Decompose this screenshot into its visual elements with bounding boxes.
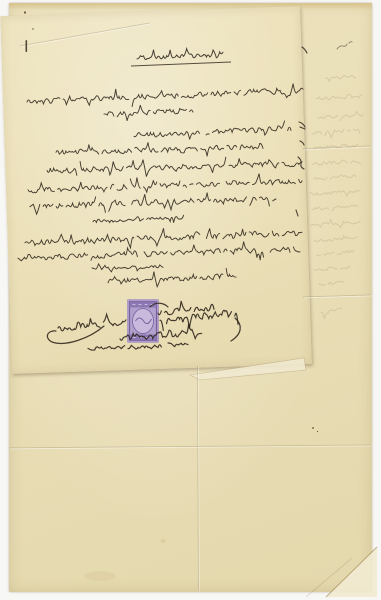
scanned-letter bbox=[0, 0, 381, 600]
letter-page bbox=[0, 6, 312, 374]
